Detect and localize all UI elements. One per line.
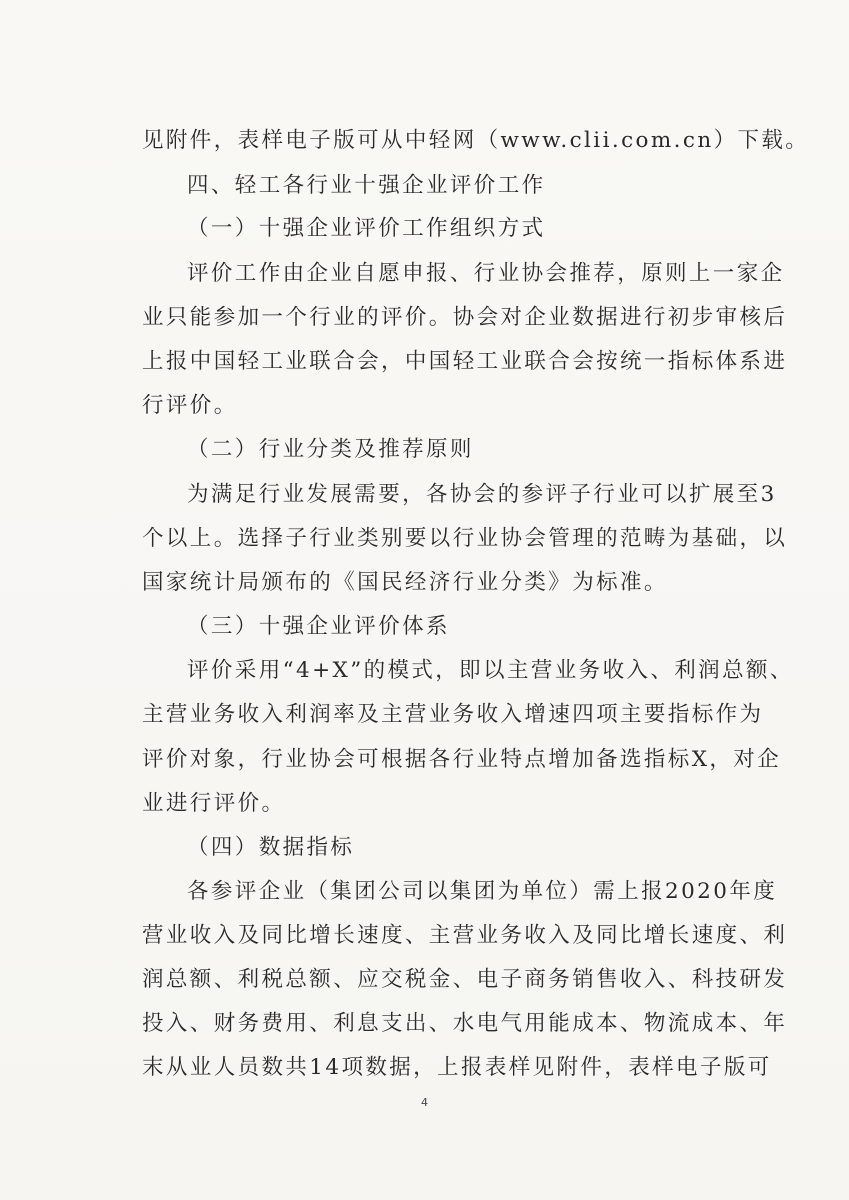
subsection-heading: （三）十强企业评价体系: [187, 612, 787, 642]
body-line: 营业收入及同比增长速度、主营业务收入及同比增长速度、利: [142, 921, 742, 951]
subsection-heading: （二）行业分类及推荐原则: [187, 435, 787, 465]
body-line: 行评价。: [142, 391, 742, 421]
subsection-heading: （四）数据指标: [187, 833, 787, 863]
body-line: 上报中国轻工业联合会，中国轻工业联合会按统一指标体系进: [142, 347, 742, 377]
body-line: 国家统计局颁布的《国民经济行业分类》为标准。: [142, 568, 742, 598]
body-line: 业只能参加一个行业的评价。协会对企业数据进行初步审核后: [142, 303, 742, 333]
page-number: 4: [0, 1096, 849, 1109]
body-line: 主营业务收入利润率及主营业务收入增速四项主要指标作为: [142, 700, 742, 730]
body-line: 润总额、利税总额、应交税金、电子商务销售收入、科技研发: [142, 965, 742, 995]
body-line: 评价对象，行业协会可根据各行业特点增加备选指标X，对企: [142, 745, 742, 775]
body-line: 为满足行业发展需要，各协会的参评子行业可以扩展至3: [187, 480, 787, 510]
body-line: 业进行评价。: [142, 789, 742, 819]
subsection-heading: （一）十强企业评价工作组织方式: [187, 214, 787, 244]
body-line: 末从业人员数共14项数据，上报表样见附件，表样电子版可: [142, 1053, 742, 1083]
body-line: 评价采用“4+X”的模式，即以主营业务收入、利润总额、: [187, 656, 787, 686]
body-line: 个以上。选择子行业类别要以行业协会管理的范畴为基础，以: [142, 524, 742, 554]
body-line: 各参评企业（集团公司以集团为单位）需上报2020年度: [187, 877, 787, 907]
body-line: 投入、财务费用、利息支出、水电气用能成本、物流成本、年: [142, 1009, 742, 1039]
section-heading: 四、轻工各行业十强企业评价工作: [187, 171, 787, 201]
body-line: 评价工作由企业自愿申报、行业协会推荐，原则上一家企: [187, 259, 787, 289]
document-page: 见附件，表样电子版可从中轻网（www.clii.com.cn）下载。 四、轻工各…: [0, 0, 849, 1200]
body-line: 见附件，表样电子版可从中轻网（www.clii.com.cn）下载。: [142, 126, 742, 156]
